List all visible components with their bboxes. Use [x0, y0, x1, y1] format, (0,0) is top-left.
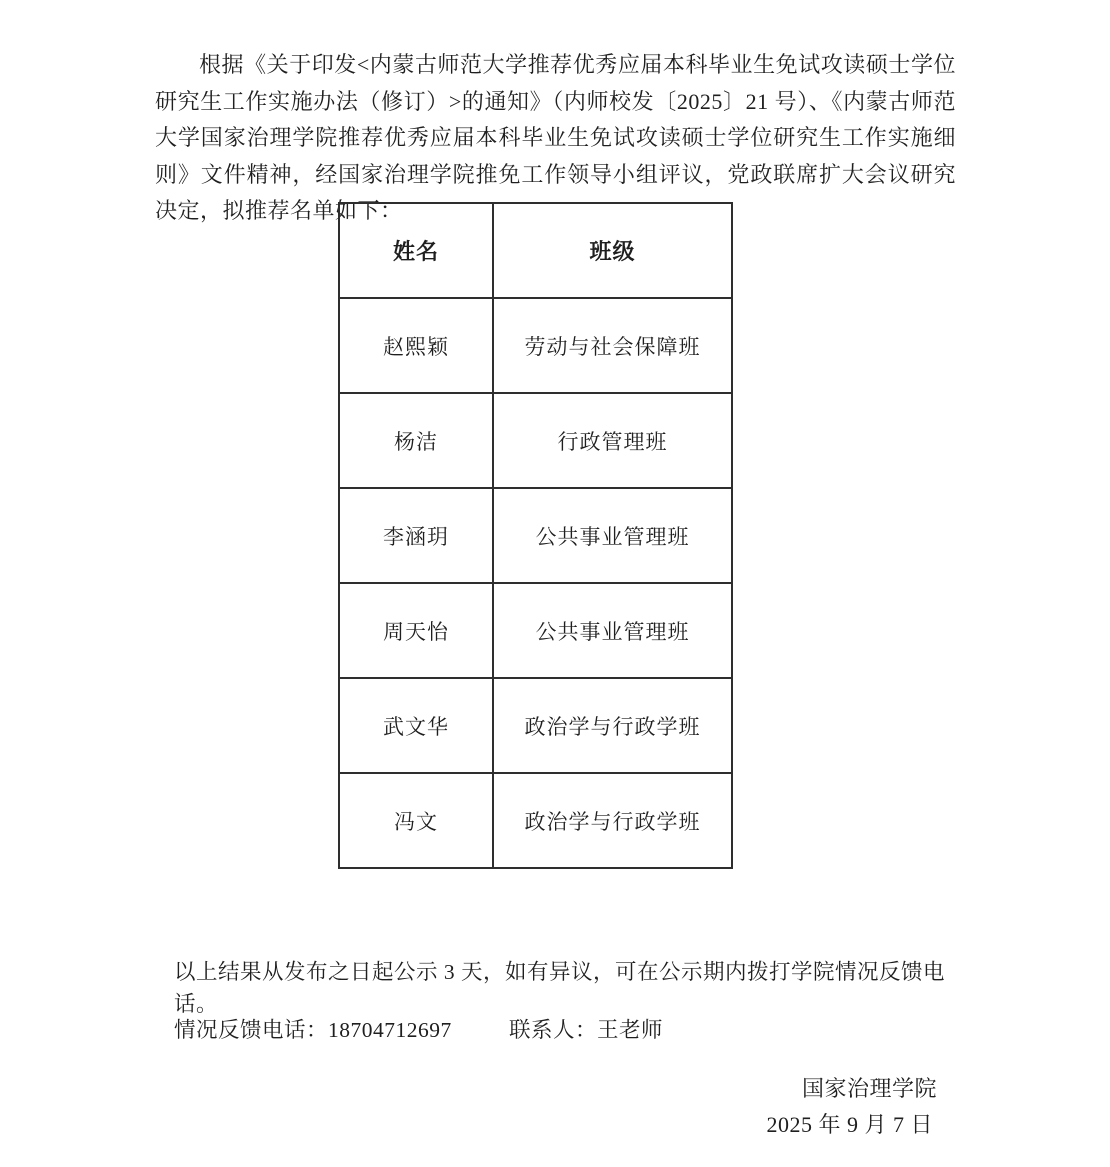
- table-row: 李涵玥 公共事业管理班: [339, 488, 732, 583]
- student-name-cell: 杨洁: [339, 393, 493, 488]
- document-page: 根据《关于印发<内蒙古师范大学推荐优秀应届本科毕业生免试攻读硕士学位研究生工作实…: [0, 0, 1110, 1167]
- contact-person-name: 王老师: [597, 1018, 663, 1042]
- student-class-cell: 劳动与社会保障班: [493, 298, 732, 393]
- student-name-cell: 李涵玥: [339, 488, 493, 583]
- table-row: 冯文 政治学与行政学班: [339, 773, 732, 868]
- student-class-cell: 公共事业管理班: [493, 488, 732, 583]
- student-name-cell: 武文华: [339, 678, 493, 773]
- feedback-phone-number: 18704712697: [328, 1018, 452, 1042]
- student-name-cell: 冯文: [339, 773, 493, 868]
- recommendation-table-body: 赵熙颖 劳动与社会保障班 杨洁 行政管理班 李涵玥 公共事业管理班 周天怡 公共…: [339, 298, 732, 868]
- publicity-notice-text: 以上结果从发布之日起公示 3 天，如有异议，可在公示期内拨打学院情况反馈电话。: [174, 956, 964, 1020]
- contact-person-line: 联系人：王老师: [509, 1013, 663, 1044]
- student-class-cell: 公共事业管理班: [493, 583, 732, 678]
- table-header-row: 姓名 班级: [339, 203, 732, 298]
- feedback-phone-line: 情况反馈电话：18704712697: [174, 1013, 452, 1044]
- table-row: 赵熙颖 劳动与社会保障班: [339, 298, 732, 393]
- contact-person-label: 联系人：: [509, 1018, 597, 1042]
- table-row: 武文华 政治学与行政学班: [339, 678, 732, 773]
- table-row: 周天怡 公共事业管理班: [339, 583, 732, 678]
- signature-organization: 国家治理学院: [802, 1072, 937, 1103]
- class-column-header: 班级: [493, 203, 732, 298]
- student-class-cell: 政治学与行政学班: [493, 773, 732, 868]
- signature-date: 2025 年 9 月 7 日: [766, 1108, 933, 1139]
- name-column-header: 姓名: [339, 203, 493, 298]
- student-name-cell: 赵熙颖: [339, 298, 493, 393]
- student-class-cell: 行政管理班: [493, 393, 732, 488]
- table-row: 杨洁 行政管理班: [339, 393, 732, 488]
- student-class-cell: 政治学与行政学班: [493, 678, 732, 773]
- student-name-cell: 周天怡: [339, 583, 493, 678]
- recommendation-table: 姓名 班级 赵熙颖 劳动与社会保障班 杨洁 行政管理班 李涵玥 公共事业管理班 …: [338, 202, 733, 869]
- feedback-phone-label: 情况反馈电话：: [174, 1018, 328, 1042]
